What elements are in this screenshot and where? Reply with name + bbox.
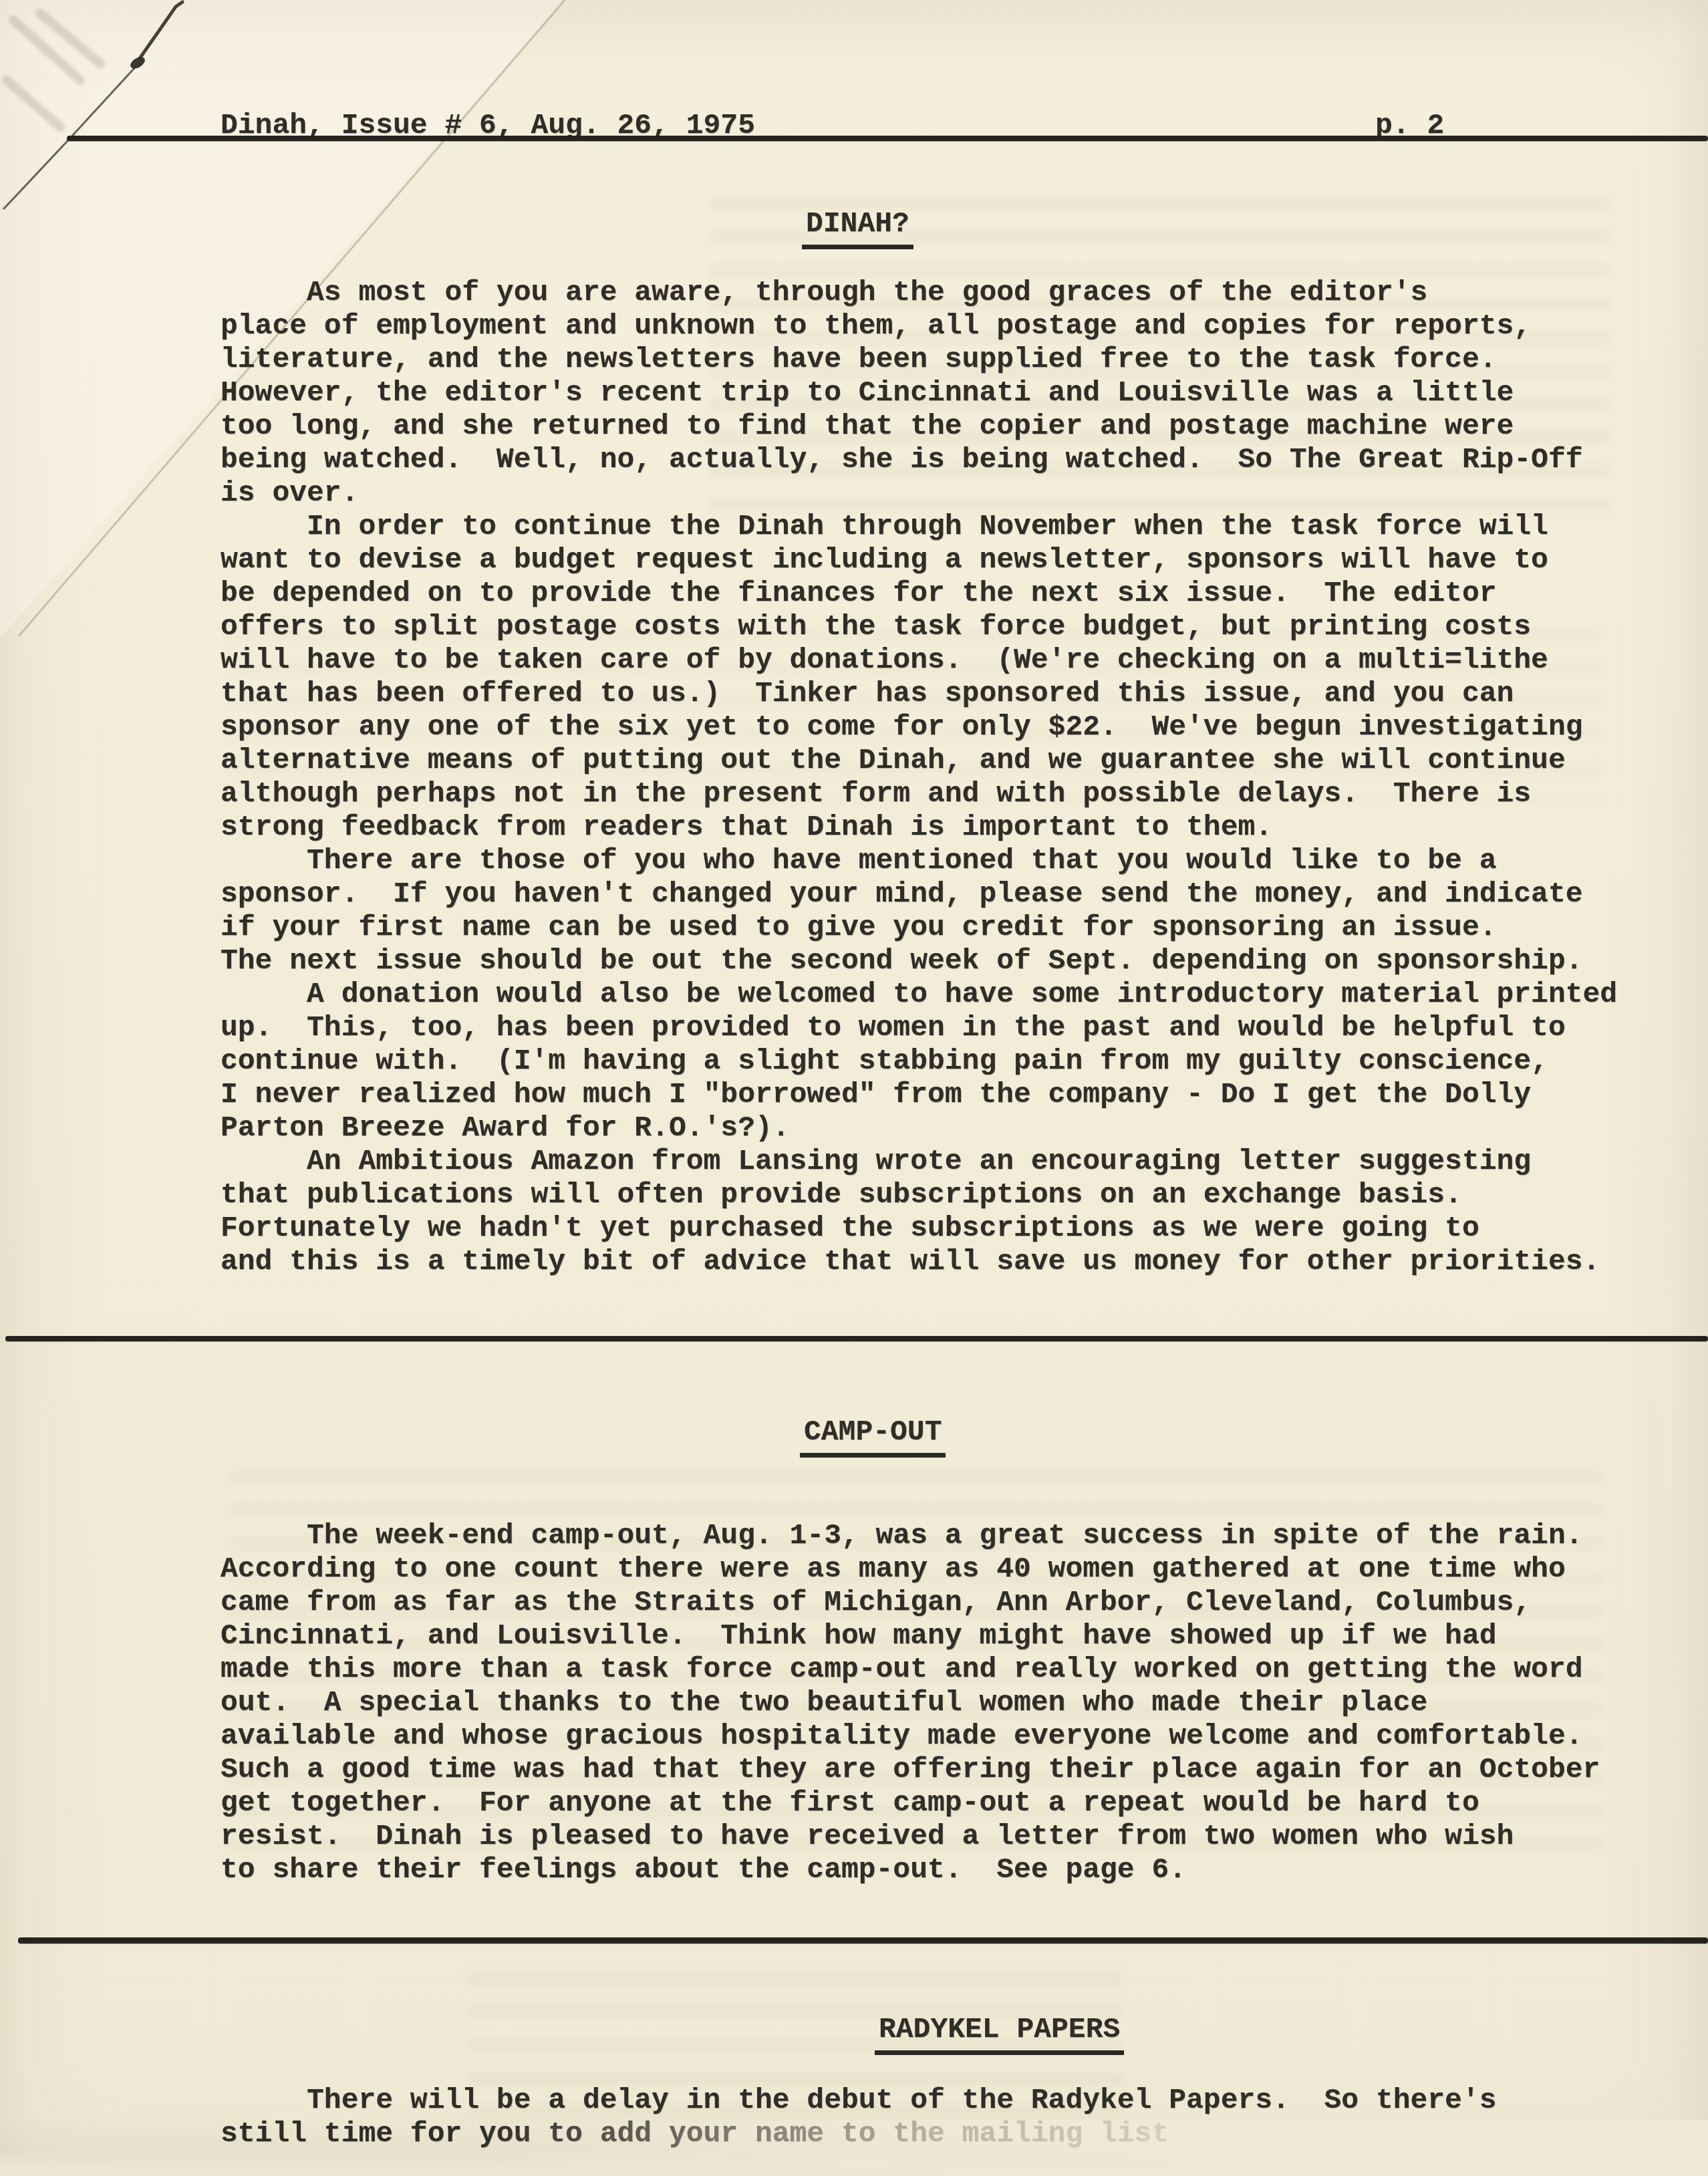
section-campout-body: The week-end camp-out, Aug. 1-3, was a g… <box>221 1519 1600 1887</box>
paragraph: The week-end camp-out, Aug. 1-3, was a g… <box>221 1519 1600 1887</box>
paragraph: In order to continue the Dinah through N… <box>221 510 1617 844</box>
scan-edge-fade-lower <box>0 2149 1708 2176</box>
section-dinah-body: As most of you are aware, through the go… <box>221 276 1617 1278</box>
section-campout: CAMP-OUT <box>804 1415 946 1458</box>
section-radykel: RADYKEL PAPERS <box>879 2013 1124 2055</box>
section-radykel-body: There will be a delay in the debut of th… <box>221 2084 1497 2151</box>
paragraph: As most of you are aware, through the go… <box>221 276 1617 510</box>
section-dinah: DINAH? <box>806 207 913 249</box>
paragraph: There are those of you who have mentione… <box>221 844 1617 978</box>
section-divider-2 <box>18 1937 1708 1943</box>
section-divider-1 <box>5 1336 1708 1341</box>
header-rule <box>67 136 1708 141</box>
paragraph: A donation would also be welcomed to hav… <box>221 978 1617 1145</box>
scanned-newsletter-page: Dinah, Issue # 6, Aug. 26, 1975 p. 2 DIN… <box>0 0 1708 2176</box>
section-heading-dinah: DINAH? <box>802 207 913 249</box>
paragraph: There will be a delay in the debut of th… <box>221 2084 1497 2151</box>
section-heading-campout: CAMP-OUT <box>800 1415 946 1458</box>
paragraph: An Ambitious Amazon from Lansing wrote a… <box>221 1145 1617 1278</box>
section-heading-radykel: RADYKEL PAPERS <box>875 2013 1124 2055</box>
